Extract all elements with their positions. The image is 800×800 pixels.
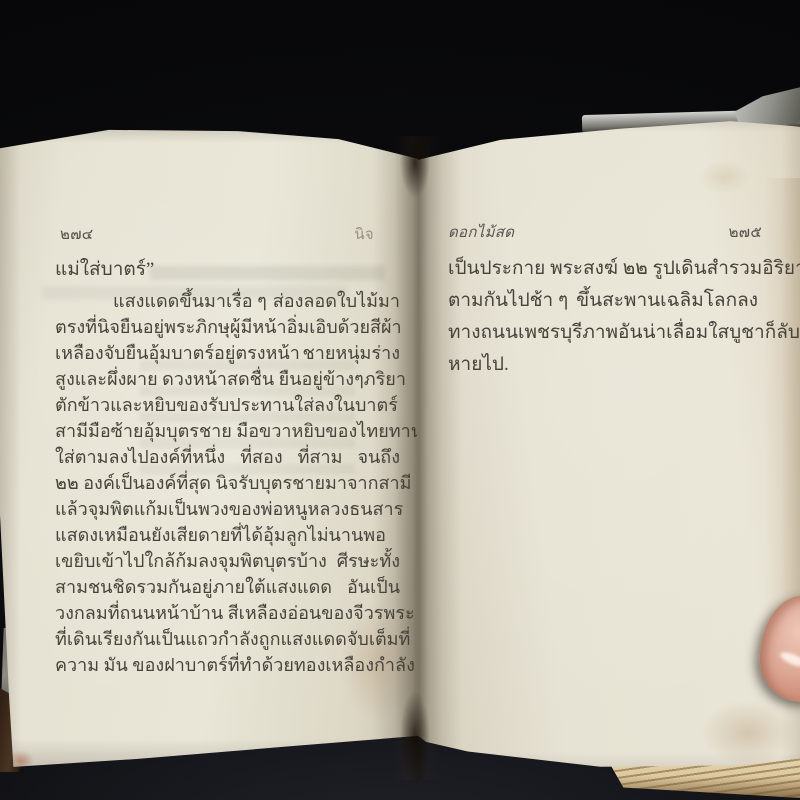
line-segment: สามชนชิดรวมกันอยู่ภายใต้แสงแดด xyxy=(55,575,332,601)
line-segment: ตามกันไปช้า ๆ xyxy=(448,286,568,318)
line-segment: ใส่ตามลงไปองค์ที่หนึ่ง xyxy=(55,445,225,471)
line-segment: ขึ้นสะพานเฉลิมโลกลง xyxy=(576,286,758,318)
line-segment: เขยิบเข้าไปใกล้ก้มลงจุมพิตบุตรบ้าง xyxy=(55,549,327,575)
text-line: เป็นประกาย พระสงฆ์ ๒๒ รูปเดินสำรวมอิริยา… xyxy=(448,254,758,286)
line-segment: ๒๒ องค์เป็นองค์ที่สุด นิจรับบุตรชายมาจาก… xyxy=(55,473,412,493)
line-segment: แล้วจุมพิตแก้มเป็นพวงของพ่อหนู xyxy=(55,497,307,523)
line-segment: หายไป. xyxy=(448,354,509,375)
right-running-header: ดอกไม้สด xyxy=(448,220,514,244)
text-line: ทางถนนเพชรบุรีภาพอันน่าเลื่อมใสบูชาก็ลับ xyxy=(448,318,758,350)
left-page-text: แม่ใส่บาตร์”แสงแดดขึ้นมาเรื่อ ๆส่องลอดใบ… xyxy=(55,256,400,679)
paper-stain xyxy=(698,160,750,194)
line-segment: เหลืองจับยืนอุ้มบาตร์อยู่ตรงหน้า xyxy=(55,341,300,367)
text-line: หายไป. xyxy=(448,350,758,382)
line-segment: ที่สอง xyxy=(240,445,282,471)
text-line: ใส่ตามลงไปองค์ที่หนึ่งที่สองที่สามจนถึง xyxy=(55,445,400,471)
right-page: ดอกไม้สด ๒๗๕ เป็นประกาย พระสงฆ์ ๒๒ รูปเด… xyxy=(416,108,800,800)
text-line: วงกลมที่ถนนหน้าบ้าน สีเหลืองอ่อนของจีวรพ… xyxy=(55,601,400,627)
line-segment: แสงแดดขึ้นมาเรื่อ ๆ xyxy=(113,289,267,315)
line-segment: ที่เดินเรียงกันเป็นแถวกำลังถูกแสงแดดจับเ… xyxy=(55,629,410,649)
line-segment: พระภิกษุผู้มีหน้าอิ่มเอิบด้วยสีผ้า xyxy=(164,315,402,341)
text-line: แล้วจุมพิตแก้มเป็นพวงของพ่อหนูหลวงธนสาร xyxy=(55,497,400,523)
line-segment: ศีรษะทั้ง xyxy=(337,549,400,575)
text-line: ตรงที่นิจยืนอยู่พระภิกษุผู้มีหน้าอิ่มเอิ… xyxy=(55,315,400,341)
line-segment: แสดงเหมือนยังเสียดายที่ได้อุ้มลูกไม่นานพ… xyxy=(55,525,386,545)
text-line: แสดงเหมือนยังเสียดายที่ได้อุ้มลูกไม่นานพ… xyxy=(55,523,400,549)
right-page-text: เป็นประกาย พระสงฆ์ ๒๒ รูปเดินสำรวมอิริยา… xyxy=(448,254,758,382)
text-line: สูงและผึ่งผาย ดวงหน้าสดชื่น ยืนอยู่ข้างๆ… xyxy=(55,367,400,393)
text-line: ตามกันไปช้า ๆขึ้นสะพานเฉลิมโลกลง xyxy=(448,286,758,318)
book-photo-scene: ๒๗๔ นิจ แม่ใส่บาตร์”แสงแดดขึ้นมาเรื่อ ๆส… xyxy=(0,0,800,800)
line-segment: ทางถนนเพชรบุรี xyxy=(448,318,582,350)
line-segment: สามีมือซ้ายอุ้มบุตรชาย มือขวาหยิบของไทยท… xyxy=(55,421,423,441)
line-segment: เป็นประกาย พระสงฆ์ ๒๒ รูปเดินสำรวมอิริยา… xyxy=(448,258,800,279)
left-page-header: ๒๗๔ นิจ xyxy=(60,222,374,246)
text-line: แม่ใส่บาตร์” xyxy=(55,256,400,289)
text-line: สามชนชิดรวมกันอยู่ภายใต้แสงแดดอันเป็น xyxy=(55,575,400,601)
line-segment: ชายหนุ่มร่าง xyxy=(303,341,400,367)
corner-stain xyxy=(700,700,796,766)
line-segment: ภาพอันน่าเลื่อมใสบูชาก็ลับ xyxy=(582,318,800,350)
text-line: แสงแดดขึ้นมาเรื่อ ๆส่องลอดใบไม้มา xyxy=(55,289,400,315)
right-page-number: ๒๗๕ xyxy=(729,220,762,244)
text-line: ความ มัน ของฝาบาตร์ที่ทำด้วยทองเหลืองกำล… xyxy=(55,653,400,679)
line-segment: แม่ใส่บาตร์” xyxy=(55,259,154,280)
line-segment: วงกลมที่ถนนหน้าบ้าน สีเหลืองอ่อนของจีวรพ… xyxy=(55,603,415,623)
line-segment: ตักข้าวและหยิบของรับประทานใส่ลงในบาตร์ xyxy=(55,395,398,415)
line-segment: หลวงธนสาร xyxy=(307,497,403,523)
left-running-header: นิจ xyxy=(354,222,374,246)
line-segment: จนถึง xyxy=(357,445,400,471)
text-line: ๒๒ องค์เป็นองค์ที่สุด นิจรับบุตรชายมาจาก… xyxy=(55,471,400,497)
line-segment: อันเป็น xyxy=(347,575,400,601)
text-line: ตักข้าวและหยิบของรับประทานใส่ลงในบาตร์ xyxy=(55,393,400,419)
right-page-header: ดอกไม้สด ๒๗๕ xyxy=(448,220,762,244)
line-segment: ส่องลอดใบไม้มา xyxy=(273,289,400,315)
line-segment: สูงและผึ่งผาย ดวงหน้าสดชื่น ยืนอยู่ข้างๆ… xyxy=(55,369,406,389)
text-line: เขยิบเข้าไปใกล้ก้มลงจุมพิตบุตรบ้างศีรษะท… xyxy=(55,549,400,575)
left-page: ๒๗๔ นิจ แม่ใส่บาตร์”แสงแดดขึ้นมาเรื่อ ๆส… xyxy=(0,120,418,778)
text-line: สามีมือซ้ายอุ้มบุตรชาย มือขวาหยิบของไทยท… xyxy=(55,419,400,445)
line-segment: ตรงที่นิจยืนอยู่ xyxy=(55,315,164,341)
text-line: ที่เดินเรียงกันเป็นแถวกำลังถูกแสงแดดจับเ… xyxy=(55,627,400,653)
left-page-number: ๒๗๔ xyxy=(60,222,93,246)
line-segment: ความ มัน ของฝาบาตร์ที่ทำด้วยทองเหลืองกำล… xyxy=(55,655,415,675)
line-segment: ที่สาม xyxy=(298,445,343,471)
text-line: เหลืองจับยืนอุ้มบาตร์อยู่ตรงหน้าชายหนุ่ม… xyxy=(55,341,400,367)
